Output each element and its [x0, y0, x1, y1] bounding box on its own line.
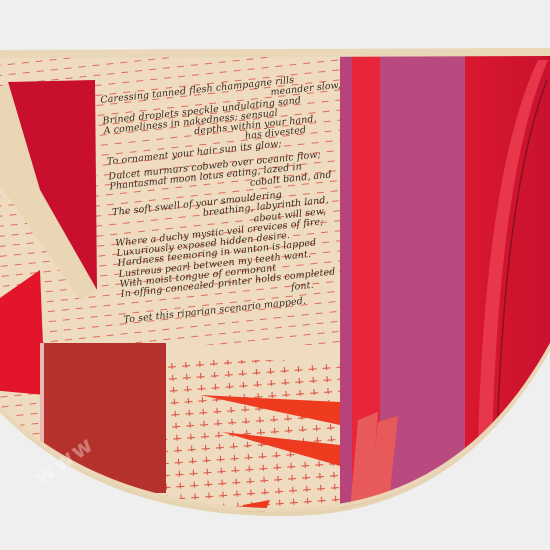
embroidered-poem: Caressing tanned flesh champagne rills m… — [100, 70, 368, 326]
crimson-strip — [465, 55, 550, 525]
photo-stage: Caressing tanned flesh champagne rills m… — [0, 0, 550, 550]
